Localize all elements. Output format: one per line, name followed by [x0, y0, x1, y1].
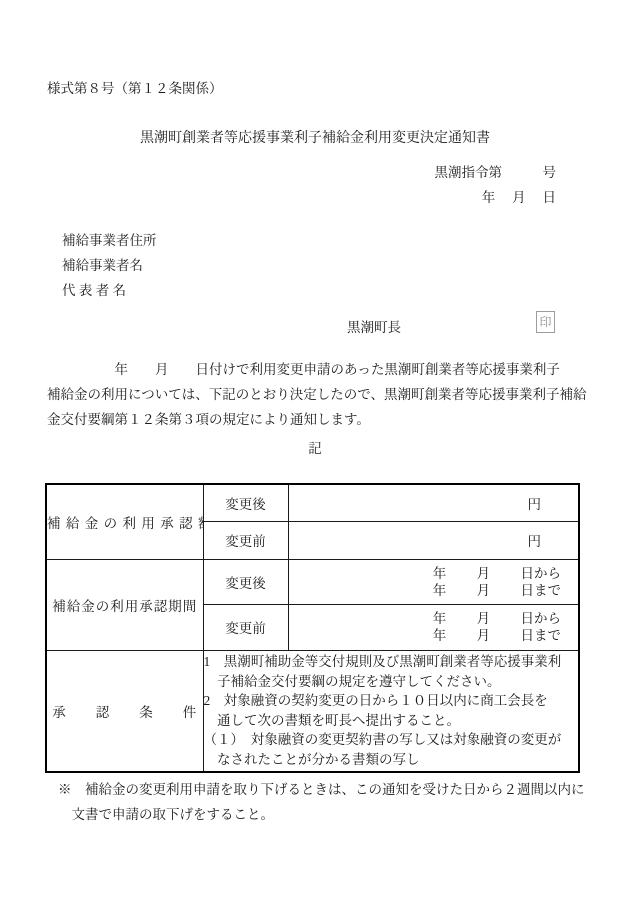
representative-name-label: 代 表 者 名 — [62, 278, 157, 303]
seal-stamp: 印 — [536, 311, 555, 333]
directive-block: 黒潮指令第 号 年 月 日 — [435, 160, 557, 210]
condition-line: 2 対象融資の契約変更の日から１０日以内に商工会長を — [204, 691, 579, 711]
amount-after-label: 変更後 — [203, 484, 288, 521]
yen-unit: 円 — [289, 493, 579, 513]
amount-section-label: 補 給 金 の 利 用 承 認 額 — [46, 484, 203, 559]
conditions-section-label: 承 認 条 件 — [46, 650, 203, 772]
table-row: 補 給 金 の 利 用 承 認 額 変更後 円 — [46, 484, 579, 521]
form-number: 様式第８号（第１２条関係） — [47, 77, 223, 97]
condition-line: なされたことが分かる書類の写し — [204, 750, 579, 770]
period-to-line: 年 月 日まで — [289, 582, 579, 599]
period-after-value: 年 月 日から 年 月 日まで — [288, 559, 579, 604]
amount-before-label: 変更前 — [203, 521, 288, 559]
period-after-label: 変更後 — [203, 559, 288, 604]
period-section-label: 補給金の利用承認期間 — [46, 559, 203, 650]
directive-date: 年 月 日 — [435, 185, 557, 210]
yen-unit: 円 — [289, 530, 579, 550]
table-row: 補給金の利用承認期間 変更後 年 月 日から 年 月 日まで — [46, 559, 579, 604]
footnote-block: ※ 補給金の変更利用申請を取り下げるときは、この通知を受けた日から２週間以内に … — [58, 777, 585, 827]
mayor-name: 黒潮町長 — [347, 316, 401, 336]
ki-heading: 記 — [0, 437, 630, 457]
body-line: 補給金の利用については、下記のとおり決定したので、黒潮町創業者等応援事業利子補給 — [47, 382, 586, 407]
amount-before-value: 円 — [288, 521, 579, 559]
amount-after-value: 円 — [288, 484, 579, 521]
table-row: 承 認 条 件 1 黒潮町補助金等交付規則及び黒潮町創業者等応援事業利 子補給金… — [46, 650, 579, 772]
period-before-value: 年 月 日から 年 月 日まで — [288, 604, 579, 650]
condition-line: 1 黒潮町補助金等交付規則及び黒潮町創業者等応援事業利 — [204, 652, 579, 672]
condition-line: 子補給金交付要綱の規定を遵守してください。 — [204, 672, 579, 692]
footnote-line: 文書で申請の取下げをすること。 — [58, 802, 585, 827]
period-from-line: 年 月 日から — [289, 610, 579, 627]
body-paragraph: 年 月 日付けで利用変更申請のあった黒潮町創業者等応援事業利子 補給金の利用につ… — [47, 357, 586, 432]
addressee-block: 補給事業者住所 補給事業者名 代 表 者 名 — [62, 228, 157, 303]
document-title: 黒潮町創業者等応援事業利子補給金利用変更決定通知書 — [0, 127, 630, 147]
condition-line: （１） 対象融資の変更契約書の写し又は対象融資の変更が — [204, 730, 579, 750]
recipient-address-label: 補給事業者住所 — [62, 228, 157, 253]
period-to-line: 年 月 日まで — [289, 627, 579, 644]
period-from-line: 年 月 日から — [289, 565, 579, 582]
conditions-content: 1 黒潮町補助金等交付規則及び黒潮町創業者等応援事業利 子補給金交付要綱の規定を… — [203, 650, 579, 772]
footnote-line: ※ 補給金の変更利用申請を取り下げるときは、この通知を受けた日から２週間以内に — [58, 777, 585, 802]
body-line: 年 月 日付けで利用変更申請のあった黒潮町創業者等応援事業利子 — [47, 357, 586, 382]
body-line: 金交付要綱第１２条第３項の規定により通知します。 — [47, 407, 586, 432]
document-page: 様式第８号（第１２条関係） 黒潮町創業者等応援事業利子補給金利用変更決定通知書 … — [0, 0, 630, 903]
approval-table: 補 給 金 の 利 用 承 認 額 変更後 円 変更前 円 補給金の利用承認期間… — [45, 483, 580, 773]
condition-line: 通して次の書類を町長へ提出すること。 — [204, 711, 579, 731]
recipient-name-label: 補給事業者名 — [62, 253, 157, 278]
directive-number: 黒潮指令第 号 — [435, 160, 557, 185]
period-before-label: 変更前 — [203, 604, 288, 650]
